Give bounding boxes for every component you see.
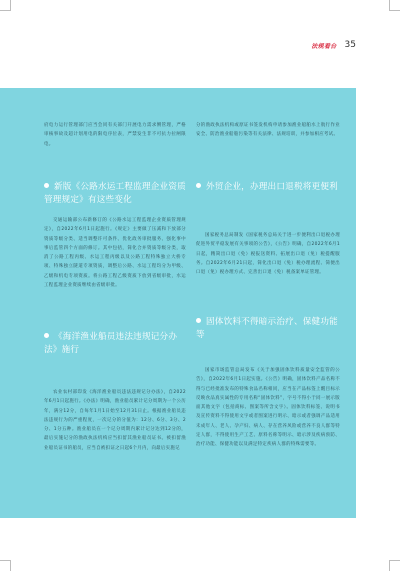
section-title: 《海洋渔业船员违法违规记分办法》施行	[44, 332, 177, 355]
section-title: 新版《公路水运工程监理企业资质管理规定》有这些变化	[44, 182, 186, 205]
section-body-fishery: 农业农村部印发《海洋渔业船员违法违规记分办法》，自2022年6月1日起施行。《办…	[44, 388, 186, 453]
section-title: 外贸企业，办理出口退税将更便利	[206, 182, 338, 192]
section-body-solid-drinks: 国家市场监管总局发布《关于加强固体饮料质量安全监管的公告》，自2022年6月1日…	[196, 366, 340, 450]
crop-mark-bottom-left	[0, 560, 11, 571]
page-number: 35	[345, 40, 356, 50]
section-body-supervision: 交通运输部公布新修订的《公路水运工程监理企业资质管理规定》，自2022年6月1日…	[44, 216, 186, 290]
section-heading-solid-drinks: 固体饮料不得暗示治疗、保健功能等	[196, 316, 340, 342]
intro-paragraph-left: 府电力运行管理部门应当会同有关部门开展电力需求侧管理，严格审核事故及超计划用电的…	[44, 121, 186, 149]
section-heading-export-tax: 外贸企业，办理出口退税将更便利	[196, 181, 340, 194]
bullet-dot-icon	[196, 183, 201, 188]
section-body-export-tax: 国家税务总局制发《国家税务总局关于进一步便利出口退税办理 促进外贸平稳发展有关事…	[196, 231, 340, 277]
crop-mark-bottom-right	[389, 560, 400, 571]
crop-mark-top-left	[0, 0, 11, 11]
bullet-dot-icon	[44, 183, 49, 188]
bullet-dot-icon	[196, 318, 201, 323]
bullet-dot-icon	[44, 333, 49, 338]
section-title: 固体饮料不得暗示治疗、保健功能等	[196, 317, 338, 340]
content-panel: 府电力运行管理部门应当会同有关部门开展电力需求侧管理，严格审核事故及超计划用电的…	[0, 88, 356, 518]
section-heading-supervision: 新版《公路水运工程监理企业资质管理规定》有这些变化	[44, 181, 186, 207]
intro-paragraph-right: 分的渔政执法机构或原证书签发机构申请参加渔业船舶水上航行作业安全、防治渔业船舶污…	[196, 121, 340, 140]
section-heading-fishery: 《海洋渔业船员违法违规记分办法》施行	[44, 331, 186, 357]
crop-mark-top-right	[389, 0, 400, 11]
page-header: 法规看台 35	[311, 40, 356, 50]
column-brand: 法规看台	[311, 41, 336, 50]
